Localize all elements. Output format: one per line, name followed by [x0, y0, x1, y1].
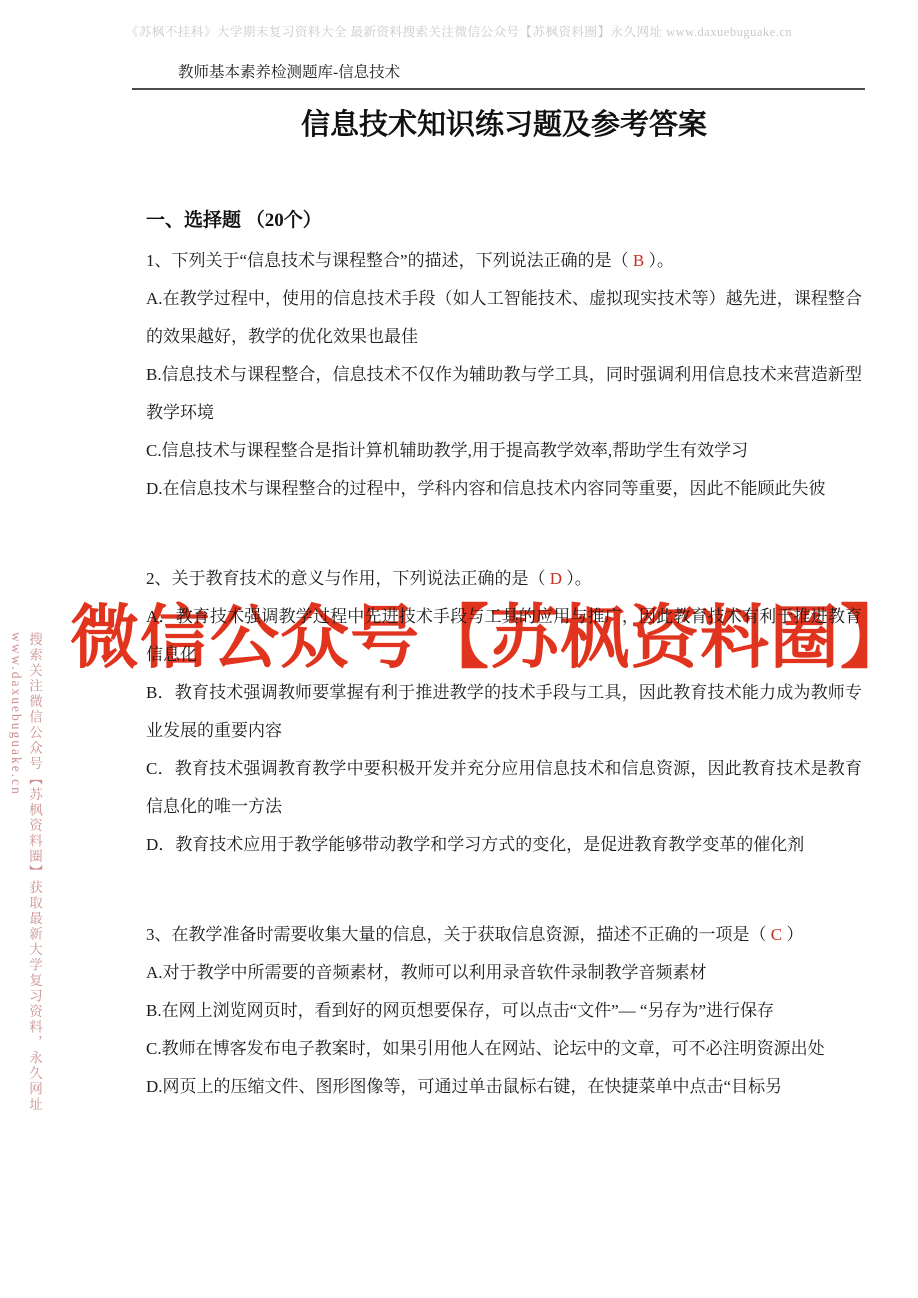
- question-2-option-a: A．教育技术强调教学过程中先进技术手段与工具的应用与推广，因此教育技术有利于推进…: [146, 598, 862, 674]
- left-vertical-watermark-text: 搜索关注微信公众号【苏枫资料圈】获取最新大学复习资料，永久网址 www.daxu…: [8, 632, 44, 1252]
- document-body: 信息技术知识练习题及参考答案 一、选择题 （20个） 1、下列关于“信息技术与课…: [146, 102, 862, 1106]
- question-2-option-d: D．教育技术应用于教学能够带动教学和学习方式的变化，是促进教育教学变革的催化剂: [146, 826, 862, 864]
- question-1: 1、下列关于“信息技术与课程整合”的描述，下列说法正确的是（ B ）。 A.在教…: [146, 242, 862, 508]
- question-1-stem: 1、下列关于“信息技术与课程整合”的描述，下列说法正确的是（ B ）。: [146, 242, 862, 280]
- page-title: 信息技术知识练习题及参考答案: [146, 102, 862, 148]
- answer-letter: C: [771, 925, 782, 944]
- answer-letter: D: [550, 569, 562, 588]
- running-head-text: 教师基本素养检测题库-信息技术: [178, 64, 400, 81]
- stem-text-before: 2、关于教育技术的意义与作用，下列说法正确的是（: [146, 569, 550, 588]
- stem-text-before: 1、下列关于“信息技术与课程整合”的描述，下列说法正确的是（: [146, 251, 633, 270]
- top-watermark-text: 《苏枫不挂科》大学期末复习资料大全 最新资料搜索关注微信公众号【苏枫资料圈】永久…: [0, 22, 918, 40]
- question-3-option-c: C.教师在博客发布电子教案时，如果引用他人在网站、论坛中的文章，可不必注明资源出…: [146, 1030, 862, 1068]
- question-2-stem: 2、关于教育技术的意义与作用，下列说法正确的是（ D ）。: [146, 560, 862, 598]
- question-1-option-a: A.在教学过程中，使用的信息技术手段（如人工智能技术、虚拟现实技术等）越先进，课…: [146, 280, 862, 356]
- question-2-option-c: C．教育技术强调教育教学中要积极开发并充分应用信息技术和信息资源，因此教育技术是…: [146, 750, 862, 826]
- section-heading: 一、选择题 （20个）: [146, 205, 862, 232]
- question-3-option-a: A.对于教学中所需要的音频素材，教师可以利用录音软件录制教学音频素材: [146, 954, 862, 992]
- question-3-stem: 3、在教学准备时需要收集大量的信息，关于获取信息资源，描述不正确的一项是（ C …: [146, 916, 862, 954]
- stem-text-after: ）。: [644, 251, 674, 270]
- running-head: 教师基本素养检测题库-信息技术: [132, 60, 865, 90]
- stem-text-before: 3、在教学准备时需要收集大量的信息，关于获取信息资源，描述不正确的一项是（: [146, 925, 771, 944]
- question-2: 2、关于教育技术的意义与作用，下列说法正确的是（ D ）。 A．教育技术强调教学…: [146, 560, 862, 864]
- question-1-option-d: D.在信息技术与课程整合的过程中，学科内容和信息技术内容同等重要，因此不能顾此失…: [146, 470, 862, 508]
- stem-text-after: ）: [782, 925, 803, 944]
- question-3-option-d: D.网页上的压缩文件、图形图像等，可通过单击鼠标右键，在快捷菜单中点击“目标另: [146, 1068, 862, 1106]
- document-page: 《苏枫不挂科》大学期末复习资料大全 最新资料搜索关注微信公众号【苏枫资料圈】永久…: [0, 0, 918, 1298]
- question-1-option-b: B.信息技术与课程整合，信息技术不仅作为辅助教与学工具，同时强调利用信息技术来营…: [146, 356, 862, 432]
- question-3-option-b: B.在网上浏览网页时，看到好的网页想要保存，可以点击“文件”— “另存为”进行保…: [146, 992, 862, 1030]
- question-2-option-b: B．教育技术强调教师要掌握有利于推进教学的技术手段与工具，因此教育技术能力成为教…: [146, 674, 862, 750]
- question-1-option-c: C.信息技术与课程整合是指计算机辅助教学,用于提高教学效率,帮助学生有效学习: [146, 432, 862, 470]
- answer-letter: B: [633, 251, 644, 270]
- stem-text-after: ）。: [562, 569, 592, 588]
- question-3: 3、在教学准备时需要收集大量的信息，关于获取信息资源，描述不正确的一项是（ C …: [146, 916, 862, 1106]
